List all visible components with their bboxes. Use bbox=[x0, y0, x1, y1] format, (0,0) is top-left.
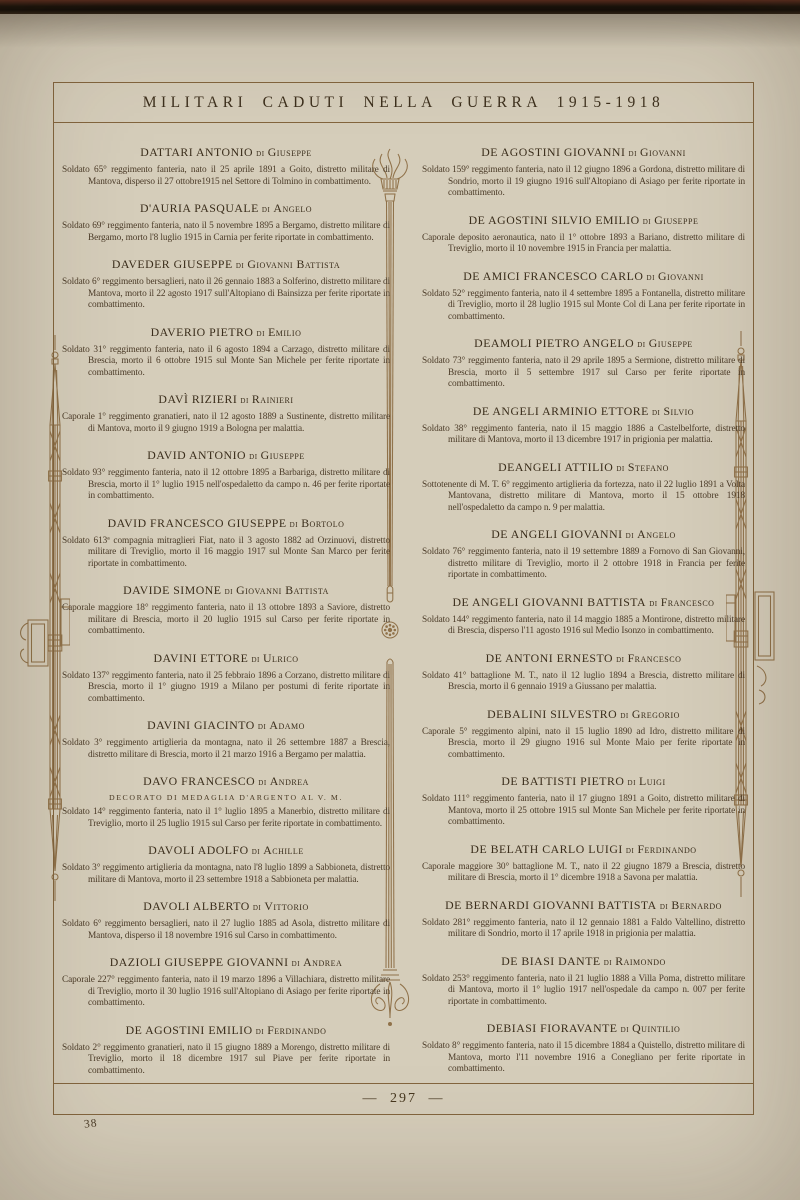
casualty-entry: DEBALINI SILVESTRO di GregorioCaporale 5… bbox=[422, 707, 745, 762]
di-particle: di bbox=[640, 216, 655, 227]
di-particle: di bbox=[617, 710, 632, 721]
casualty-entry: DEAMOLI PIETRO ANGELO di GiuseppeSoldato… bbox=[422, 336, 745, 391]
di-particle: di bbox=[253, 328, 268, 339]
surname-given-name: DE AGOSTINI GIOVANNI bbox=[481, 145, 625, 159]
casualty-entry: DAVIDE SIMONE di Giovanni BattistaCapora… bbox=[62, 583, 390, 638]
father-name: Ferdinando bbox=[637, 842, 696, 856]
signature-mark: 38 bbox=[83, 1117, 98, 1130]
surname-given-name: DAVERIO PIETRO bbox=[151, 325, 254, 339]
father-name: Giuseppe bbox=[261, 448, 305, 462]
right-column: DE AGOSTINI GIOVANNI di GiovanniSoldato … bbox=[400, 123, 753, 1084]
surname-given-name: DATTARI ANTONIO bbox=[140, 145, 253, 159]
surname-given-name: DE ANGELI ARMINIO ETTORE bbox=[473, 404, 649, 418]
casualty-name-heading: DAVOLI ADOLFO di Achille bbox=[62, 843, 390, 858]
casualty-entry: DE AGOSTINI GIOVANNI di GiovanniSoldato … bbox=[422, 145, 745, 200]
casualty-name-heading: DATTARI ANTONIO di Giuseppe bbox=[62, 145, 390, 160]
di-particle: di bbox=[646, 598, 661, 609]
father-name: Stefano bbox=[628, 460, 669, 474]
footer-band: — 297 — bbox=[54, 1083, 753, 1114]
father-name: Emilio bbox=[268, 325, 301, 339]
di-particle: di bbox=[643, 272, 658, 283]
casualty-name-heading: DE BELATH CARLO LUIGI di Ferdinando bbox=[422, 842, 745, 857]
surname-given-name: DAVEDER GIUSEPPE bbox=[112, 257, 233, 271]
father-name: Luigi bbox=[639, 774, 666, 788]
surname-given-name: DE AGOSTINI SILVIO EMILIO bbox=[469, 213, 640, 227]
photo-dark-edge bbox=[0, 0, 800, 14]
casualty-record-text: Caporale 227° reggimento fanteria, nato … bbox=[62, 975, 390, 1010]
casualty-name-heading: DAVID FRANCESCO GIUSEPPE di Bortolo bbox=[62, 516, 390, 531]
casualty-name-heading: DE BERNARDI GIOVANNI BATTISTA di Bernard… bbox=[422, 898, 745, 913]
surname-given-name: DE ANTONI ERNESTO bbox=[486, 651, 613, 665]
surname-given-name: DAVO FRANCESCO bbox=[143, 774, 255, 788]
casualty-entry: DAVÌ RIZIERI di RainieriCaporale 1° regg… bbox=[62, 392, 390, 435]
casualty-name-heading: DEBALINI SILVESTRO di Gregorio bbox=[422, 707, 745, 722]
di-particle: di bbox=[618, 1024, 633, 1035]
di-particle: di bbox=[287, 519, 302, 530]
father-name: Rainieri bbox=[252, 392, 294, 406]
father-name: Giuseppe bbox=[649, 336, 693, 350]
di-particle: di bbox=[289, 958, 304, 969]
page-number: — 297 — bbox=[363, 1091, 445, 1107]
page-frame: MILITARI CADUTI NELLA GUERRA 1915-1918 D… bbox=[53, 82, 754, 1115]
father-name: Giovanni bbox=[640, 145, 686, 159]
surname-given-name: DEBALINI SILVESTRO bbox=[487, 707, 617, 721]
di-particle: di bbox=[249, 846, 264, 857]
surname-given-name: DAVÌ RIZIERI bbox=[158, 392, 237, 406]
casualty-record-text: Soldato 6° reggimento bersaglieri, nato … bbox=[62, 277, 390, 312]
casualty-name-heading: DE BIASI DANTE di Raimondo bbox=[422, 954, 745, 969]
casualty-entry: DAVERIO PIETRO di EmilioSoldato 31° regg… bbox=[62, 325, 390, 380]
casualty-name-heading: DE AGOSTINI EMILIO di Ferdinando bbox=[62, 1023, 390, 1038]
di-particle: di bbox=[613, 463, 628, 474]
casualty-record-text: Caporale deposito aeronautica, nato il 1… bbox=[422, 233, 745, 256]
casualty-record-text: Sottotenente di M. T. 6° reggimento arti… bbox=[422, 480, 745, 515]
father-name: Bernardo bbox=[671, 898, 722, 912]
casualty-entry: DE ANGELI ARMINIO ETTORE di SilvioSoldat… bbox=[422, 404, 745, 447]
surname-given-name: DAVIDE SIMONE bbox=[123, 583, 221, 597]
di-particle: di bbox=[248, 654, 263, 665]
casualty-entry: DE ANTONI ERNESTO di FrancescoSoldato 41… bbox=[422, 651, 745, 694]
casualty-name-heading: DE AGOSTINI SILVIO EMILIO di Giuseppe bbox=[422, 213, 745, 228]
father-name: Francesco bbox=[628, 651, 682, 665]
di-particle: di bbox=[255, 721, 270, 732]
entries-area: DATTARI ANTONIO di GiuseppeSoldato 65° r… bbox=[54, 123, 753, 1084]
casualty-entry: DE BERNARDI GIOVANNI BATTISTA di Bernard… bbox=[422, 898, 745, 941]
casualty-record-text: Soldato 2° reggimento granatieri, nato i… bbox=[62, 1043, 390, 1078]
casualty-record-text: Caporale maggiore 30° battaglione M. T.,… bbox=[422, 862, 745, 885]
casualty-record-text: Soldato 8° reggimento fanteria, nato il … bbox=[422, 1041, 745, 1076]
surname-given-name: DE AMICI FRANCESCO CARLO bbox=[463, 269, 643, 283]
surname-given-name: DAVOLI ALBERTO bbox=[143, 899, 249, 913]
di-particle: di bbox=[657, 901, 672, 912]
casualty-name-heading: DAVOLI ALBERTO di Vittorio bbox=[62, 899, 390, 914]
di-particle: di bbox=[255, 777, 270, 788]
father-name: Bortolo bbox=[301, 516, 344, 530]
di-particle: di bbox=[246, 451, 261, 462]
casualty-record-text: Soldato 14° reggimento fanteria, nato il… bbox=[62, 807, 390, 830]
casualty-entry: DEANGELI ATTILIO di StefanoSottotenente … bbox=[422, 460, 745, 515]
father-name: Andrea bbox=[303, 955, 342, 969]
casualty-record-text: Soldato 137° reggimento fanteria, nato i… bbox=[62, 671, 390, 706]
surname-given-name: DE ANGELI GIOVANNI bbox=[491, 527, 622, 541]
surname-given-name: DAZIOLI GIUSEPPE GIOVANNI bbox=[110, 955, 289, 969]
surname-given-name: DE BIASI DANTE bbox=[501, 954, 600, 968]
surname-given-name: DE BERNARDI GIOVANNI BATTISTA bbox=[445, 898, 657, 912]
surname-given-name: DEBIASI FIORAVANTE bbox=[487, 1021, 618, 1035]
casualty-entry: DE BATTISTI PIETRO di LuigiSoldato 111° … bbox=[422, 774, 745, 829]
surname-given-name: DAVID ANTONIO bbox=[147, 448, 246, 462]
di-particle: di bbox=[233, 260, 248, 271]
casualty-record-text: Caporale 1° reggimento granatieri, nato … bbox=[62, 412, 390, 435]
left-column: DATTARI ANTONIO di GiuseppeSoldato 65° r… bbox=[54, 123, 400, 1084]
casualty-record-text: Soldato 144° reggimento fanteria, nato i… bbox=[422, 615, 745, 638]
casualty-entry: DAVINI GIACINTO di AdamoSoldato 3° reggi… bbox=[62, 718, 390, 761]
casualty-entry: DAZIOLI GIUSEPPE GIOVANNI di AndreaCapor… bbox=[62, 955, 390, 1010]
casualty-entry: DAVOLI ALBERTO di VittorioSoldato 6° reg… bbox=[62, 899, 390, 942]
di-particle: di bbox=[623, 845, 638, 856]
casualty-entry: DAVOLI ADOLFO di AchilleSoldato 3° reggi… bbox=[62, 843, 390, 886]
casualty-entry: DE BELATH CARLO LUIGI di FerdinandoCapor… bbox=[422, 842, 745, 885]
casualty-name-heading: DAZIOLI GIUSEPPE GIOVANNI di Andrea bbox=[62, 955, 390, 970]
father-name: Giovanni Battista bbox=[247, 257, 340, 271]
father-name: Angelo bbox=[273, 201, 312, 215]
father-name: Giuseppe bbox=[268, 145, 312, 159]
casualty-record-text: Soldato 65° reggimento fanteria, nato il… bbox=[62, 165, 390, 188]
casualty-record-text: Soldato 41° battaglione M. T., nato il 1… bbox=[422, 671, 745, 694]
di-particle: di bbox=[601, 957, 616, 968]
casualty-record-text: Soldato 111° reggimento fanteria, nato i… bbox=[422, 794, 745, 829]
di-particle: di bbox=[625, 148, 640, 159]
casualty-entry: DAVINI ETTORE di UlricoSoldato 137° regg… bbox=[62, 651, 390, 706]
casualty-entry: DAVO FRANCESCO di AndreaDECORATO DI MEDA… bbox=[62, 774, 390, 830]
father-name: Quintilio bbox=[632, 1021, 680, 1035]
casualty-entry: DE AGOSTINI SILVIO EMILIO di GiuseppeCap… bbox=[422, 213, 745, 256]
casualty-entry: DE AGOSTINI EMILIO di FerdinandoSoldato … bbox=[62, 1023, 390, 1078]
casualty-name-heading: DE AGOSTINI GIOVANNI di Giovanni bbox=[422, 145, 745, 160]
casualty-entry: D'AURIA PASQUALE di AngeloSoldato 69° re… bbox=[62, 201, 390, 244]
father-name: Silvio bbox=[663, 404, 694, 418]
casualty-record-text: Soldato 76° reggimento fanteria, nato il… bbox=[422, 547, 745, 582]
surname-given-name: DE ANGELI GIOVANNI BATTISTA bbox=[453, 595, 647, 609]
casualty-record-text: Caporale 5° reggimento alpini, nato il 1… bbox=[422, 727, 745, 762]
casualty-entry: DEBIASI FIORAVANTE di QuintilioSoldato 8… bbox=[422, 1021, 745, 1076]
father-name: Giuseppe bbox=[654, 213, 698, 227]
casualty-name-heading: DEBIASI FIORAVANTE di Quintilio bbox=[422, 1021, 745, 1036]
surname-given-name: DAVINI GIACINTO bbox=[147, 718, 255, 732]
casualty-name-heading: DEAMOLI PIETRO ANGELO di Giuseppe bbox=[422, 336, 745, 351]
casualty-record-text: Soldato 3° reggimento artiglieria da mon… bbox=[62, 738, 390, 761]
casualty-entry: DE AMICI FRANCESCO CARLO di GiovanniSold… bbox=[422, 269, 745, 324]
di-particle: di bbox=[250, 902, 265, 913]
casualty-name-heading: DAVO FRANCESCO di Andrea bbox=[62, 774, 390, 789]
casualty-entry: DE ANGELI GIOVANNI di AngeloSoldato 76° … bbox=[422, 527, 745, 582]
di-particle: di bbox=[259, 204, 274, 215]
casualty-name-heading: DAVIDE SIMONE di Giovanni Battista bbox=[62, 583, 390, 598]
father-name: Giovanni bbox=[658, 269, 704, 283]
di-particle: di bbox=[649, 407, 664, 418]
surname-given-name: DAVID FRANCESCO GIUSEPPE bbox=[108, 516, 287, 530]
surname-given-name: DE AGOSTINI EMILIO bbox=[126, 1023, 253, 1037]
casualty-name-heading: DAVINI ETTORE di Ulrico bbox=[62, 651, 390, 666]
casualty-record-text: Soldato 52° reggimento fanteria, nato il… bbox=[422, 289, 745, 324]
surname-given-name: DAVOLI ADOLFO bbox=[148, 843, 248, 857]
father-name: Achille bbox=[263, 843, 303, 857]
surname-given-name: DE BATTISTI PIETRO bbox=[501, 774, 624, 788]
title-band: MILITARI CADUTI NELLA GUERRA 1915-1918 bbox=[54, 83, 753, 123]
casualty-entry: DE BIASI DANTE di RaimondoSoldato 253° r… bbox=[422, 954, 745, 1009]
father-name: Ulrico bbox=[263, 651, 299, 665]
surname-given-name: D'AURIA PASQUALE bbox=[140, 201, 259, 215]
di-particle: di bbox=[624, 777, 639, 788]
father-name: Adamo bbox=[269, 718, 304, 732]
casualty-record-text: Soldato 38° reggimento fanteria, nato il… bbox=[422, 424, 745, 447]
surname-given-name: DEANGELI ATTILIO bbox=[498, 460, 613, 474]
casualty-name-heading: DEANGELI ATTILIO di Stefano bbox=[422, 460, 745, 475]
father-name: Raimondo bbox=[615, 954, 666, 968]
casualty-record-text: Soldato 253° reggimento fanteria, nato i… bbox=[422, 974, 745, 1009]
father-name: Giovanni Battista bbox=[236, 583, 329, 597]
casualty-name-heading: DE BATTISTI PIETRO di Luigi bbox=[422, 774, 745, 789]
surname-given-name: DEAMOLI PIETRO ANGELO bbox=[474, 336, 634, 350]
casualty-name-heading: DAVINI GIACINTO di Adamo bbox=[62, 718, 390, 733]
surname-given-name: DE BELATH CARLO LUIGI bbox=[470, 842, 622, 856]
casualty-name-heading: DAVID ANTONIO di Giuseppe bbox=[62, 448, 390, 463]
page-title: MILITARI CADUTI NELLA GUERRA 1915-1918 bbox=[143, 94, 665, 112]
decoration-citation: DECORATO DI MEDAGLIA D'ARGENTO AL V. M. bbox=[62, 793, 390, 802]
surname-given-name: DAVINI ETTORE bbox=[153, 651, 248, 665]
casualty-record-text: Soldato 3° reggimento artiglieria da mon… bbox=[62, 863, 390, 886]
casualty-record-text: Soldato 31° reggimento fanteria, nato il… bbox=[62, 345, 390, 380]
casualty-name-heading: DE ANGELI GIOVANNI di Angelo bbox=[422, 527, 745, 542]
casualty-record-text: Soldato 73° reggimento fanteria, nato il… bbox=[422, 356, 745, 391]
scanned-book-page-photo: { "header": { "title": "MILITARI CADUTI … bbox=[0, 0, 800, 1200]
casualty-name-heading: DE ANGELI GIOVANNI BATTISTA di Francesco bbox=[422, 595, 745, 610]
casualty-name-heading: DE ANGELI ARMINIO ETTORE di Silvio bbox=[422, 404, 745, 419]
di-particle: di bbox=[613, 654, 628, 665]
casualty-entry: DATTARI ANTONIO di GiuseppeSoldato 65° r… bbox=[62, 145, 390, 188]
di-particle: di bbox=[253, 148, 268, 159]
father-name: Francesco bbox=[661, 595, 715, 609]
casualty-name-heading: DAVÌ RIZIERI di Rainieri bbox=[62, 392, 390, 407]
casualty-record-text: Soldato 93° reggimento fanteria, nato il… bbox=[62, 468, 390, 503]
casualty-name-heading: DAVERIO PIETRO di Emilio bbox=[62, 325, 390, 340]
di-particle: di bbox=[253, 1026, 268, 1037]
father-name: Ferdinando bbox=[267, 1023, 326, 1037]
di-particle: di bbox=[237, 395, 252, 406]
father-name: Gregorio bbox=[632, 707, 680, 721]
casualty-record-text: Soldato 281° reggimento fanteria, nato i… bbox=[422, 918, 745, 941]
casualty-name-heading: DAVEDER GIUSEPPE di Giovanni Battista bbox=[62, 257, 390, 272]
casualty-name-heading: D'AURIA PASQUALE di Angelo bbox=[62, 201, 390, 216]
casualty-entry: DAVID ANTONIO di GiuseppeSoldato 93° reg… bbox=[62, 448, 390, 503]
casualty-name-heading: DE AMICI FRANCESCO CARLO di Giovanni bbox=[422, 269, 745, 284]
di-particle: di bbox=[221, 586, 236, 597]
casualty-entry: DE ANGELI GIOVANNI BATTISTA di Francesco… bbox=[422, 595, 745, 638]
casualty-name-heading: DE ANTONI ERNESTO di Francesco bbox=[422, 651, 745, 666]
casualty-record-text: Soldato 6° reggimento bersaglieri, nato … bbox=[62, 919, 390, 942]
casualty-entry: DAVID FRANCESCO GIUSEPPE di BortoloSolda… bbox=[62, 516, 390, 571]
father-name: Angelo bbox=[637, 527, 676, 541]
father-name: Andrea bbox=[270, 774, 309, 788]
father-name: Vittorio bbox=[264, 899, 308, 913]
casualty-record-text: Soldato 613ª compagnia mitraglieri Fiat,… bbox=[62, 536, 390, 571]
casualty-entry: DAVEDER GIUSEPPE di Giovanni BattistaSol… bbox=[62, 257, 390, 312]
casualty-record-text: Soldato 159° reggimento fanteria, nato i… bbox=[422, 165, 745, 200]
casualty-record-text: Soldato 69° reggimento fanteria, nato il… bbox=[62, 221, 390, 244]
casualty-record-text: Caporale maggiore 18° reggimento fanteri… bbox=[62, 603, 390, 638]
di-particle: di bbox=[634, 339, 649, 350]
di-particle: di bbox=[623, 530, 638, 541]
